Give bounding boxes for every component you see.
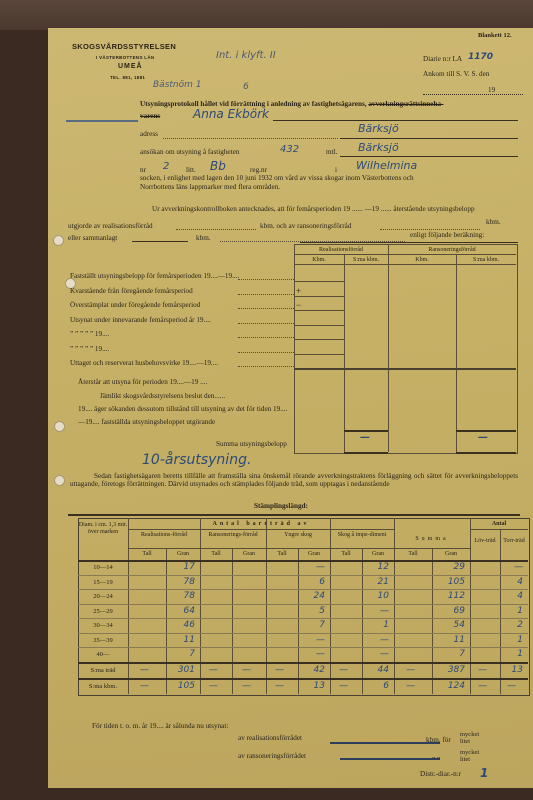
ankom-label: Ankom till S. V. S. den (423, 70, 489, 78)
sum-value: 13 (500, 665, 523, 675)
sum-row-label: S:ma kbm. (78, 683, 128, 690)
tree-count: — (298, 649, 325, 659)
tree-count: 10 (362, 591, 389, 601)
sum-value: — (360, 432, 370, 443)
diam-class: 40— (78, 651, 128, 658)
control-line-3c: enligt följande beräkning: (410, 231, 484, 239)
mtl-value: Bärksjö (358, 141, 399, 154)
calc-sub-header: Kbm. (294, 257, 344, 263)
ink-line (66, 120, 138, 122)
tree-count: 24 (298, 591, 325, 601)
tree-count: 21 (362, 577, 389, 587)
remaining-1: Återstår att utsyna för perioden 19....—… (78, 378, 207, 386)
punch-hole (54, 475, 65, 486)
calc-group-header: Realisationsförråd (294, 247, 388, 253)
sign-marker: − (296, 300, 301, 310)
calc-row-label: ” ” ” ” ” 19.... (70, 345, 109, 353)
diarie-value: 1170 (468, 52, 493, 62)
sum-value: — (330, 681, 357, 691)
sub-header: Gran (298, 551, 330, 557)
tree-count: 17 (166, 562, 195, 572)
sum-value: 13 (298, 681, 325, 691)
org-city: UMEÅ (118, 63, 143, 70)
sum-value: — (394, 681, 427, 691)
sum-value: — (266, 681, 293, 691)
sum-row-label: S:ma träd (78, 667, 128, 674)
fastighet-value: 432 (280, 144, 299, 155)
sum-value: 301 (166, 665, 195, 675)
sum-value: — (500, 681, 523, 691)
litet: litet (460, 738, 470, 745)
handwritten-note: 10-årsutsyning. (142, 452, 251, 468)
kbm-for: kbm. för (426, 736, 451, 744)
nr-value: 2 (163, 161, 169, 172)
distr-label: Distr.-diar.-n:r (420, 770, 461, 778)
tree-count: 69 (432, 606, 465, 616)
group-header: Ransonerings-förråd (200, 532, 266, 538)
tree-count: 1 (500, 649, 523, 659)
tree-count: 112 (432, 591, 465, 601)
handwritten-note: 6 (243, 82, 249, 92)
diam-class: 15—19 (78, 579, 128, 586)
torrtrad-header: Torr-träd (500, 538, 528, 544)
tree-count: — (500, 562, 523, 572)
sub-header: Tall (200, 551, 232, 557)
diam-class: 30—34 (78, 622, 128, 629)
nr-label: nr (140, 166, 146, 174)
tree-count: 7 (166, 649, 195, 659)
sum-value: — (266, 665, 293, 675)
tree-count: 7 (432, 649, 465, 659)
diam-class: 25—29 (78, 608, 128, 615)
calc-row-label: Fastställt utsyningsbelopp för femårsper… (70, 272, 239, 280)
punch-hole (53, 235, 64, 246)
struck-text: avverkningsrättsinneha- (368, 100, 443, 108)
ansokan-label: ansökan om utsyning å fastigheten (140, 148, 239, 156)
control-line-1: Ur avverkningskontrollboken antecknades,… (152, 205, 475, 213)
adress-value: Bärksjö (358, 122, 399, 135)
year-prefix: 19 (488, 86, 495, 94)
tree-count: — (362, 635, 389, 645)
ditto: ” ” (432, 756, 440, 764)
stamp-title: Stämplingslängd: (254, 502, 308, 510)
group-header: Summa (394, 536, 470, 542)
group-header: Yngre skog (266, 532, 330, 538)
tree-count: 12 (362, 562, 389, 572)
calc-row-label: Uttaget och reserverat husbehovsvirke 19… (70, 359, 218, 367)
sum-value: 124 (432, 681, 465, 691)
sub-header: Gran (432, 551, 470, 557)
sum-value: — (200, 665, 227, 675)
sum-value: — (470, 665, 495, 675)
sum-value: 44 (362, 665, 389, 675)
org-name: SKOGSVÅRDSSTYRELSEN (72, 42, 176, 51)
mycket: mycket (460, 749, 479, 756)
group-header: Realisations-förråd (128, 532, 200, 538)
calc-table (294, 244, 518, 454)
rans-label: av ransoneringsförrådet (238, 752, 306, 760)
calc-sub-header: S:ma kbm. (456, 257, 516, 263)
adress-line (340, 138, 518, 139)
lovtrad-header: Löv-träd (470, 538, 500, 544)
calc-sub-header: S:ma kbm. (344, 257, 388, 263)
control-line-3b: kbm. (196, 234, 211, 242)
sum-value: — (128, 681, 161, 691)
tree-count: — (362, 649, 389, 659)
tree-count: 5 (298, 606, 325, 616)
form-id: Blankett 12. (478, 32, 512, 39)
sum-value: — (232, 681, 261, 691)
sub-header: Tall (330, 551, 362, 557)
remaining-3: 19.... äger sökanden dessutom tillstånd … (78, 405, 287, 413)
org-tel: TEL. 881, 1881 (110, 75, 145, 80)
owner-line (273, 120, 518, 121)
sum-value: — (128, 665, 161, 675)
handwritten-note: Bästnöm 1 (153, 80, 201, 90)
socken-value: Wilhelmina (356, 159, 417, 172)
sum-value: 105 (166, 681, 195, 691)
mtl-line (340, 156, 518, 157)
tree-count: 46 (166, 620, 195, 630)
antal-header: Antal (470, 521, 528, 527)
tree-count: 78 (166, 577, 195, 587)
control-line-2a: utgjorde av realisationsförråd (68, 222, 153, 230)
date-line (423, 94, 523, 95)
varens-label: varens (140, 112, 160, 120)
antal-barrtrad-header: Antal barrträd av (128, 521, 394, 527)
note-paragraph: Sedan fastighetsägaren beretts tillfälle… (70, 472, 518, 488)
document-page: SKOGSVÅRDSSTYRELSEN I VÄSTERBOTTENS LÄN … (48, 28, 533, 788)
handwritten-note: Int. i klyft. II (216, 50, 276, 61)
sub-header: Gran (362, 551, 394, 557)
sum-value: — (394, 665, 427, 675)
diam-class: 10—14 (78, 564, 128, 571)
sum-value: — (200, 681, 227, 691)
remaining-2: Jämlikt skogsvårdsstyrelsens beslut den.… (100, 392, 225, 400)
diarie-label: Diarie n:r LA (423, 55, 462, 63)
regnr-label: reg.nr (250, 166, 267, 174)
tree-count: 1 (500, 635, 523, 645)
sub-header: Tall (394, 551, 432, 557)
sum-value: 42 (298, 665, 325, 675)
control-line-2c: kbm. (486, 218, 501, 226)
sub-header: Tall (266, 551, 298, 557)
socken-text-1: socken, i enlighet med lagen den 10 juni… (140, 174, 414, 182)
tree-count: 6 (298, 577, 325, 587)
tree-count: 4 (500, 591, 523, 601)
tree-count: 2 (500, 620, 523, 630)
litt-label: litt. (186, 166, 196, 174)
calc-row-label: Överstämplat under föregående femårsperi… (70, 301, 200, 309)
mycket: mycket (460, 731, 479, 738)
socken-text-2: Norrbottens läns lappmarker med flera om… (140, 183, 280, 191)
distr-value: 1 (480, 766, 488, 780)
sum-value: — (478, 432, 488, 443)
calc-sub-header: Kbm. (388, 257, 456, 263)
diam-class: 20—24 (78, 593, 128, 600)
sum-value: 387 (432, 665, 465, 675)
tree-count: 7 (298, 620, 325, 630)
adress-label: adress (140, 130, 158, 138)
org-county: I VÄSTERBOTTENS LÄN (96, 55, 154, 60)
tree-count: — (362, 606, 389, 616)
tree-count: 64 (166, 606, 195, 616)
sub-header: Gran (166, 551, 200, 557)
remaining-4: —19.... fastställda utsyningsbeloppet ut… (78, 418, 215, 426)
tree-count: 4 (500, 577, 523, 587)
control-line-2b: kbm. och av ransoneringsförråd (260, 222, 351, 230)
diam-class: 35—39 (78, 637, 128, 644)
sum-value: — (470, 681, 495, 691)
sum-value: 6 (362, 681, 389, 691)
tree-count: — (298, 562, 325, 572)
sub-header: Gran (232, 551, 266, 557)
punch-hole (54, 421, 65, 432)
sum-value: — (232, 665, 261, 675)
i-label: i (335, 166, 337, 174)
calc-row-label: Kvarstående från föregående femårsperiod (70, 287, 193, 295)
tree-count: 29 (432, 562, 465, 572)
background-top (0, 0, 533, 30)
mtl-label: mtl. (326, 148, 337, 156)
sum-label: Summa utsyningsbelopp (216, 440, 287, 448)
sum-value: — (330, 665, 357, 675)
tree-count: 1 (362, 620, 389, 630)
tree-count: 54 (432, 620, 465, 630)
tree-count: 78 (166, 591, 195, 601)
tree-count: — (298, 635, 325, 645)
calc-group-header: Ransoneringsförråd (388, 247, 516, 253)
litet: litet (460, 756, 470, 763)
calc-row-label: ” ” ” ” ” 19.... (70, 330, 109, 338)
tree-count: 11 (166, 635, 195, 645)
control-line-3a: eller sammanlagt (68, 234, 117, 242)
calc-row-label: Utsynat under innevarande femårsperiod å… (70, 316, 211, 324)
sub-header: Tall (128, 551, 166, 557)
footer-line-1: För tiden t. o. m. år 19.... är sålunda … (92, 722, 228, 730)
tree-count: 105 (432, 577, 465, 587)
sign-marker: + (296, 286, 301, 296)
tree-count: 1 (500, 606, 523, 616)
real-label: av realisationsförrådet (238, 734, 302, 742)
tree-count: 11 (432, 635, 465, 645)
group-header: Skog å impe-diment (330, 532, 394, 538)
owner-name: Anna Ekbörk (193, 107, 269, 121)
diam-header: Diam. i cm. 1,3 mtr. över marken (78, 522, 128, 536)
litt-value: Bb (210, 159, 226, 173)
